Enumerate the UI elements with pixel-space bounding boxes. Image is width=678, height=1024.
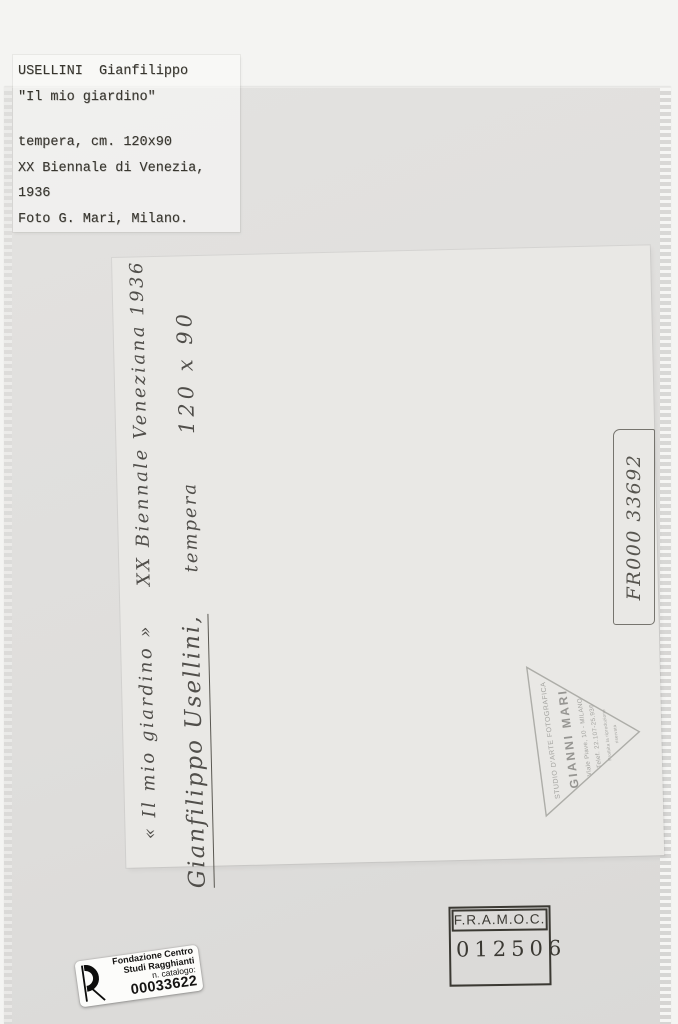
label-photo-credit: Foto G. Mari, Milano. bbox=[18, 207, 240, 233]
stamp-notice-line1: Proibita la riproduzione bbox=[601, 709, 613, 761]
archive-photo-scan: « Il mio giardino »XX Biennale Veneziana… bbox=[0, 0, 678, 1024]
handwritten-dimensions: 120 x 90 bbox=[172, 310, 199, 435]
framoc-number: 012506 bbox=[451, 936, 549, 961]
framoc-stamp: F.R.A.M.O.C. 012506 bbox=[448, 905, 551, 986]
typewritten-label: USELLINI Gianfilippo "Il mio giardino" t… bbox=[13, 55, 240, 232]
photographer-stamp: STUDIO D'ARTE FOTOGRAFICA GIANNI MARI Vi… bbox=[524, 662, 650, 822]
inventory-code-bracket: FR000 33692 bbox=[613, 429, 655, 625]
stamp-notice-line2: riservata bbox=[612, 724, 619, 743]
handwritten-exhibition: XX Biennale Veneziana 1936 bbox=[126, 260, 155, 587]
handwritten-title: « Il mio giardino » bbox=[135, 624, 161, 840]
label-title: "Il mio giardino" bbox=[18, 85, 240, 111]
photo-verso: « Il mio giardino »XX Biennale Veneziana… bbox=[112, 245, 664, 868]
deckled-edge-left bbox=[4, 88, 12, 1024]
label-year: 1936 bbox=[18, 181, 240, 207]
handwritten-technique: tempera bbox=[179, 482, 202, 573]
framoc-org-box: F.R.A.M.O.C. bbox=[451, 908, 547, 931]
deckled-edge-right bbox=[660, 88, 671, 1024]
inventory-code: FR000 33692 bbox=[623, 454, 645, 601]
label-artist: USELLINI Gianfilippo bbox=[18, 59, 240, 85]
handwritten-signature: Gianfilippo Usellini, bbox=[178, 614, 214, 888]
ragghianti-r-logo-icon bbox=[79, 961, 108, 1004]
handwritten-caption-line2: Gianfilippo Usellini,tempera120 x 90 bbox=[171, 310, 211, 889]
handwritten-caption-line1: « Il mio giardino »XX Biennale Veneziana… bbox=[126, 260, 161, 840]
label-exhibition: XX Biennale di Venezia, bbox=[18, 156, 240, 182]
label-technique: tempera, cm. 120x90 bbox=[18, 130, 240, 156]
